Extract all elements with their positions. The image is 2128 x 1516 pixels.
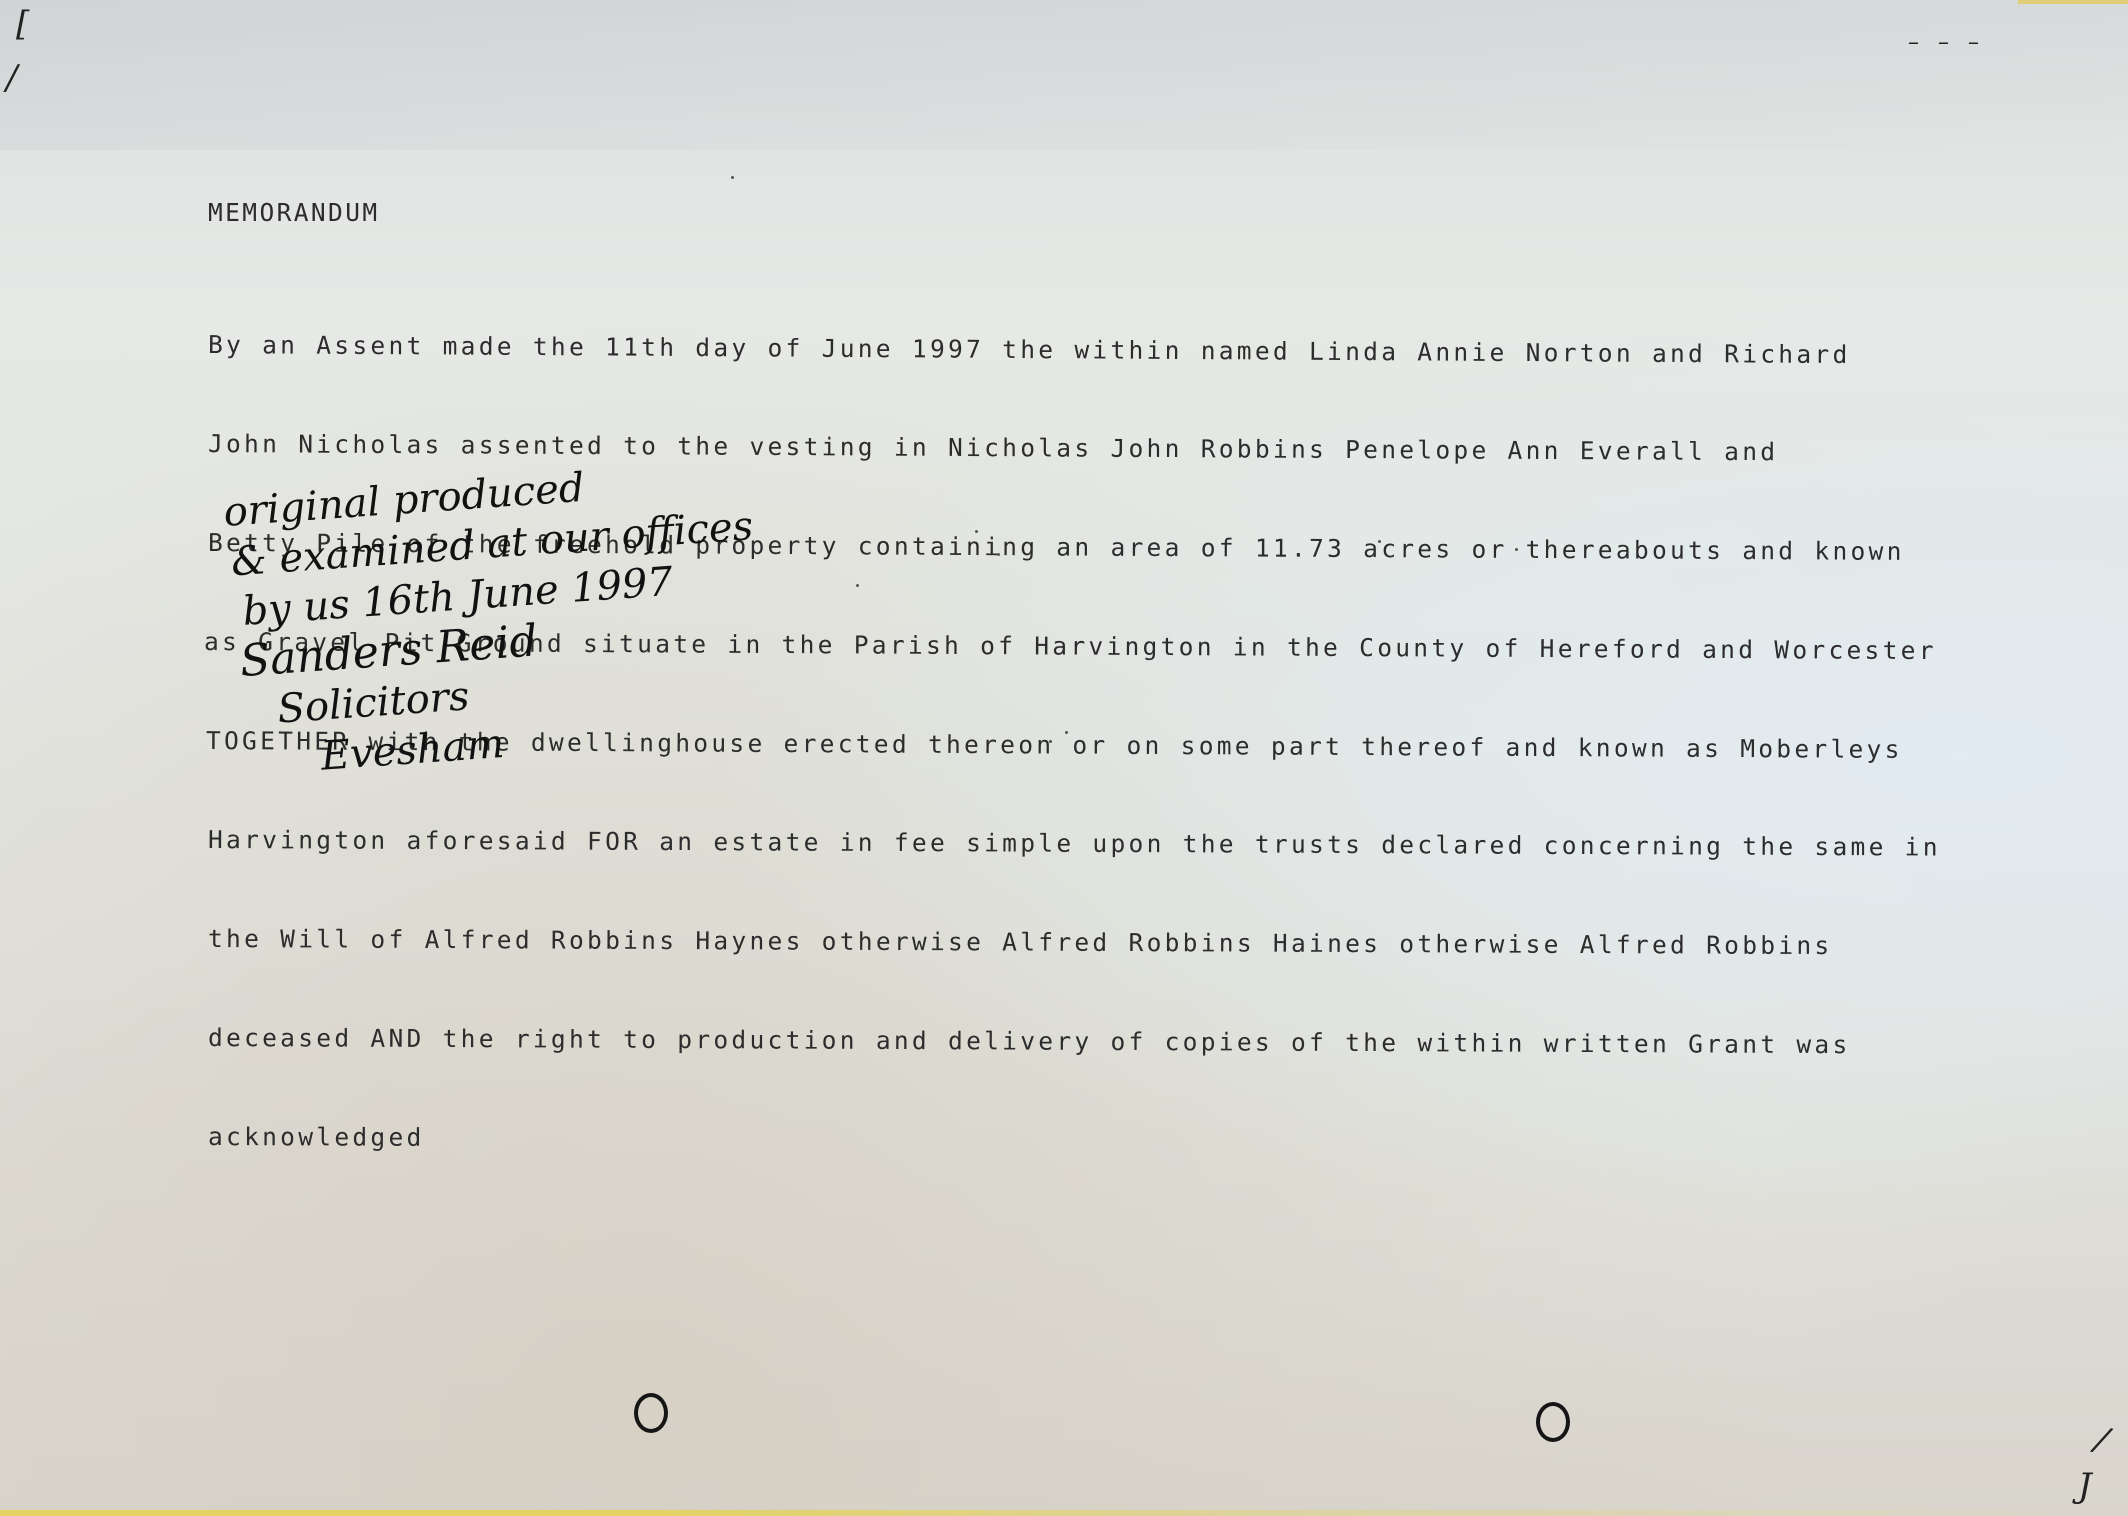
speck: [1378, 540, 1381, 543]
page-edge-bottom: [0, 1510, 2128, 1516]
margin-mark-top-left-2: /: [6, 58, 17, 98]
memorandum-line: By an Assent made the 11th day of June 1…: [208, 328, 1941, 372]
margin-mark-top-right: – – –: [1908, 30, 1985, 55]
punch-hole-icon: [1536, 1402, 1570, 1442]
handwritten-endorsement: original produced & examined at our offi…: [222, 451, 769, 787]
speck: [1065, 731, 1068, 734]
scan-shading: [0, 0, 2128, 150]
speck: [1049, 740, 1052, 743]
speck: [856, 584, 859, 587]
speck: [731, 176, 734, 179]
margin-mark-bottom-right-2: J: [2078, 1466, 2092, 1506]
punch-hole-icon: [634, 1393, 668, 1433]
page-edge-top: [2018, 0, 2128, 4]
speck: [1515, 548, 1518, 551]
speck: [997, 553, 1000, 556]
margin-mark-top-left: [: [16, 4, 29, 44]
memorandum-line: Harvington aforesaid FOR an estate in fe…: [208, 823, 1941, 864]
memorandum-title: MEMORANDUM: [208, 196, 1941, 229]
speck: [975, 530, 978, 533]
memorandum-line: John Nicholas assented to the vesting in…: [208, 427, 1941, 469]
memorandum-line: the Will of Alfred Robbins Haynes otherw…: [208, 922, 1941, 963]
margin-mark-bottom-right: /: [2091, 1419, 2112, 1461]
memorandum-line: acknowledged: [208, 1120, 1941, 1159]
memorandum-line: deceased AND the right to production and…: [208, 1021, 1941, 1062]
